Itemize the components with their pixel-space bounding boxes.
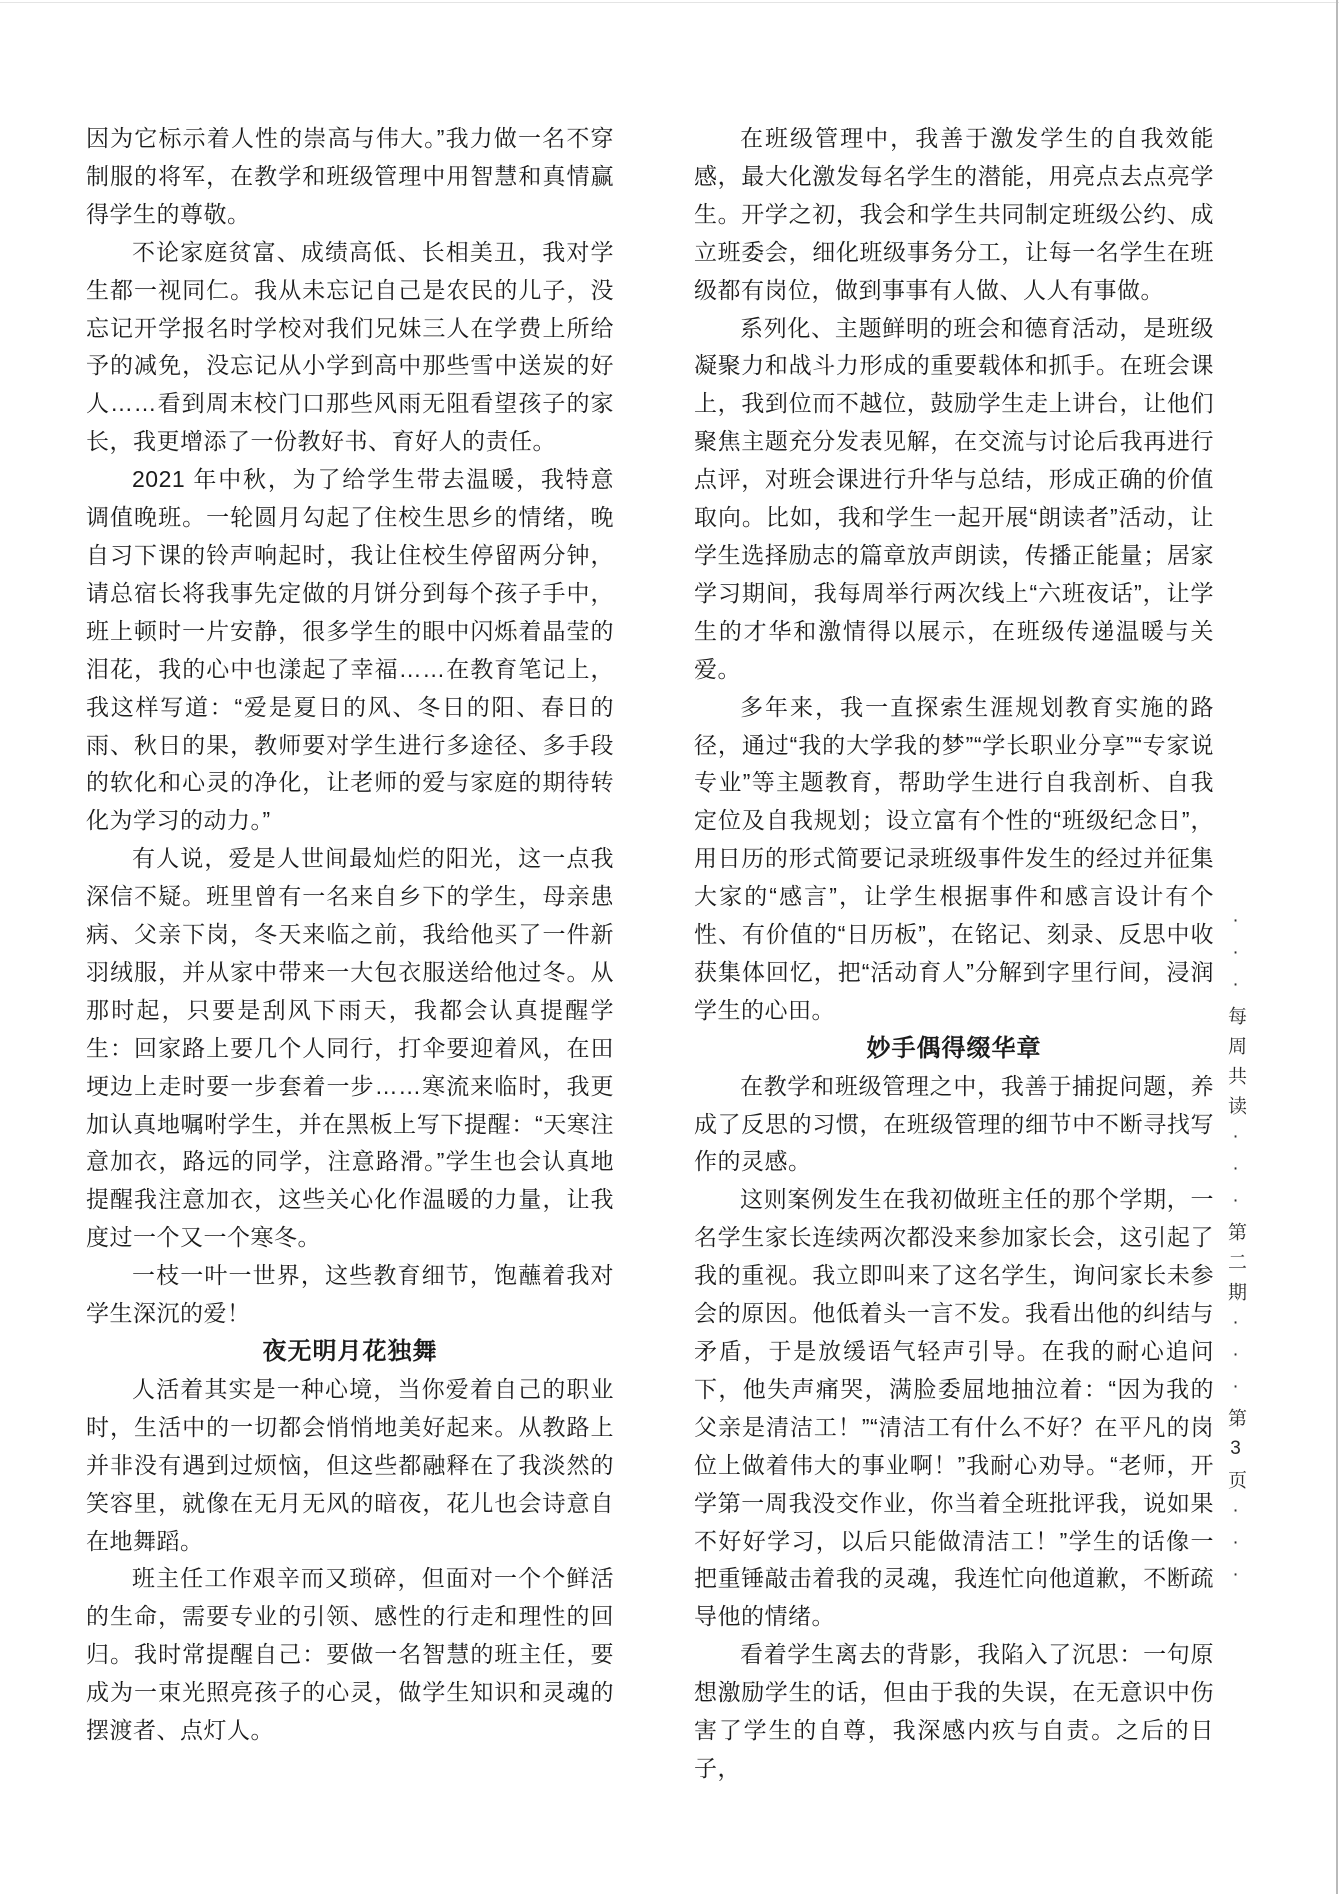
body-paragraph: 一枝一叶一世界，这些教育细节，饱蘸着我对学生深沉的爱！ [86, 1257, 614, 1333]
body-paragraph: 因为它标示着人性的崇高与伟大。”我力做一名不穿制服的将军，在教学和班级管理中用智… [86, 120, 614, 234]
body-paragraph: 班主任工作艰辛而又琐碎，但面对一个个鲜活的生命，需要专业的引领、感性的行走和理性… [86, 1560, 614, 1750]
body-paragraph: 这则案例发生在我初做班主任的那个学期，一名学生家长连续两次都没来参加家长会，这引… [694, 1181, 1214, 1636]
body-paragraph: 人活着其实是一种心境，当你爱着自己的职业时，生活中的一切都会悄悄地美好起来。从教… [86, 1371, 614, 1561]
body-paragraph: 系列化、主题鲜明的班会和德育活动，是班级凝聚力和战斗力形成的重要载体和抓手。在班… [694, 310, 1214, 689]
body-paragraph: 不论家庭贫富、成绩高低、长相美丑，我对学生都一视同仁。我从未忘记自己是农民的儿子… [86, 234, 614, 461]
right-column: 在班级管理中，我善于激发学生的自我效能感，最大化激发每名学生的潜能，用亮点去点亮… [694, 120, 1214, 1788]
body-paragraph: 多年来，我一直探索生涯规划教育实施的路径，通过“我的大学我的梦”“学长职业分享”… [694, 689, 1214, 1030]
page-right-edge [1336, 0, 1338, 1894]
section-heading: 妙手偶得缀华章 [694, 1030, 1214, 1068]
body-paragraph: 有人说，爱是人世间最灿烂的阳光，这一点我深信不疑。班里曾有一名来自乡下的学生，母… [86, 840, 614, 1257]
body-paragraph: 在班级管理中，我善于激发学生的自我效能感，最大化激发每名学生的潜能，用亮点去点亮… [694, 120, 1214, 310]
body-paragraph: 2021 年中秋，为了给学生带去温暖，我特意调值晚班。一轮圆月勾起了住校生思乡的… [86, 461, 614, 840]
left-column: 因为它标示着人性的崇高与伟大。”我力做一名不穿制服的将军，在教学和班级管理中用智… [86, 120, 614, 1750]
page-top-edge [0, 2, 1339, 3]
section-heading: 夜无明月花独舞 [86, 1333, 614, 1371]
page-margin-note: ···每周共读···第二期···第3页··· [1222, 910, 1249, 1596]
body-paragraph: 看着学生离去的背影，我陷入了沉思：一句原想激励学生的话，但由于我的失误，在无意识… [694, 1636, 1214, 1788]
body-paragraph: 在教学和班级管理之中，我善于捕捉问题，养成了反思的习惯，在班级管理的细节中不断寻… [694, 1068, 1214, 1182]
magazine-page: { "page": { "background": "#ffffff", "to… [0, 0, 1339, 1894]
